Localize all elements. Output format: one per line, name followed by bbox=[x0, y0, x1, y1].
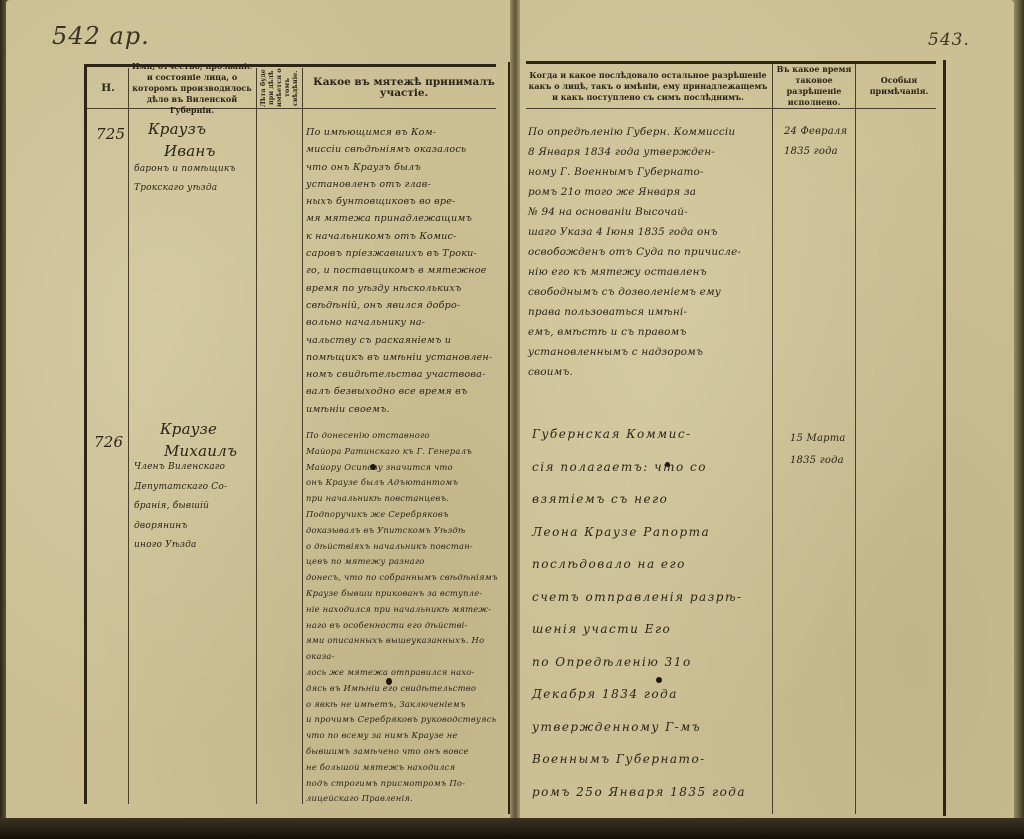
column-divider-name bbox=[256, 68, 257, 804]
header-age: Лѣта буде при дѣлѣ имѣется о томъ свѣдѣн… bbox=[258, 68, 300, 108]
entry-status: Членъ Виленскаго Депутатскаго Со- бранія… bbox=[134, 458, 254, 556]
entry-execution-date: 15 Марта 1835 года bbox=[790, 428, 860, 472]
column-divider-number bbox=[128, 68, 129, 804]
entry-resolution: Губернская Коммис- сія полагаетъ: что со… bbox=[532, 418, 772, 808]
column-divider-resolution bbox=[772, 64, 773, 814]
ink-stain bbox=[386, 678, 392, 685]
header-name: Имя, отчество, прозваніе и состояніе лиц… bbox=[130, 68, 254, 108]
entry-participation: По донесенію отставного Майора Ратинскаг… bbox=[306, 428, 508, 807]
folio-number-right: 543. bbox=[928, 30, 970, 50]
entry-surname: Краузе bbox=[160, 418, 217, 440]
ink-stain bbox=[370, 464, 376, 470]
entry-number: 725 bbox=[96, 122, 125, 147]
entry-number: 726 bbox=[94, 430, 123, 455]
header-participation: Какое въ мятежѣ принималъ участіе. bbox=[304, 68, 504, 108]
header-number: Н. bbox=[88, 68, 128, 108]
book-gutter bbox=[510, 0, 520, 830]
entry-surname: Краузъ bbox=[148, 118, 206, 140]
entry-execution-date: 24 Февраля 1835 года bbox=[784, 122, 854, 162]
table-left-border bbox=[84, 64, 87, 804]
table-right-border-left-page bbox=[508, 62, 510, 814]
header-bottom-rule-right bbox=[526, 108, 936, 109]
table-right-border bbox=[943, 60, 946, 816]
header-resolution: Когда и какое послѣдовало остальное разр… bbox=[526, 64, 770, 108]
entry-resolution: По опредѣленію Губерн. Коммиссіи 8 Январ… bbox=[528, 122, 772, 382]
entry-given-name: Иванъ bbox=[164, 140, 216, 162]
bottom-shadow bbox=[0, 818, 1024, 839]
ink-stain bbox=[656, 677, 662, 683]
column-divider-age bbox=[302, 68, 303, 804]
ink-stain bbox=[665, 462, 670, 467]
entry-status: баронъ и помѣщикъ Трокскаго уѣзда bbox=[134, 160, 254, 198]
header-remarks: Особыя примѣчанія. bbox=[857, 64, 941, 108]
header-executed: Въ какое время таковое разрѣшеніе исполн… bbox=[774, 64, 854, 108]
entry-participation: По имѣющимся въ Ком- миссіи свѣдѣніямъ о… bbox=[306, 124, 506, 418]
folio-number-left: 542 ар. bbox=[52, 22, 150, 50]
open-ledger-book: 542 ар. 543. Н. Имя, отчество, прозваніе… bbox=[0, 0, 1024, 839]
